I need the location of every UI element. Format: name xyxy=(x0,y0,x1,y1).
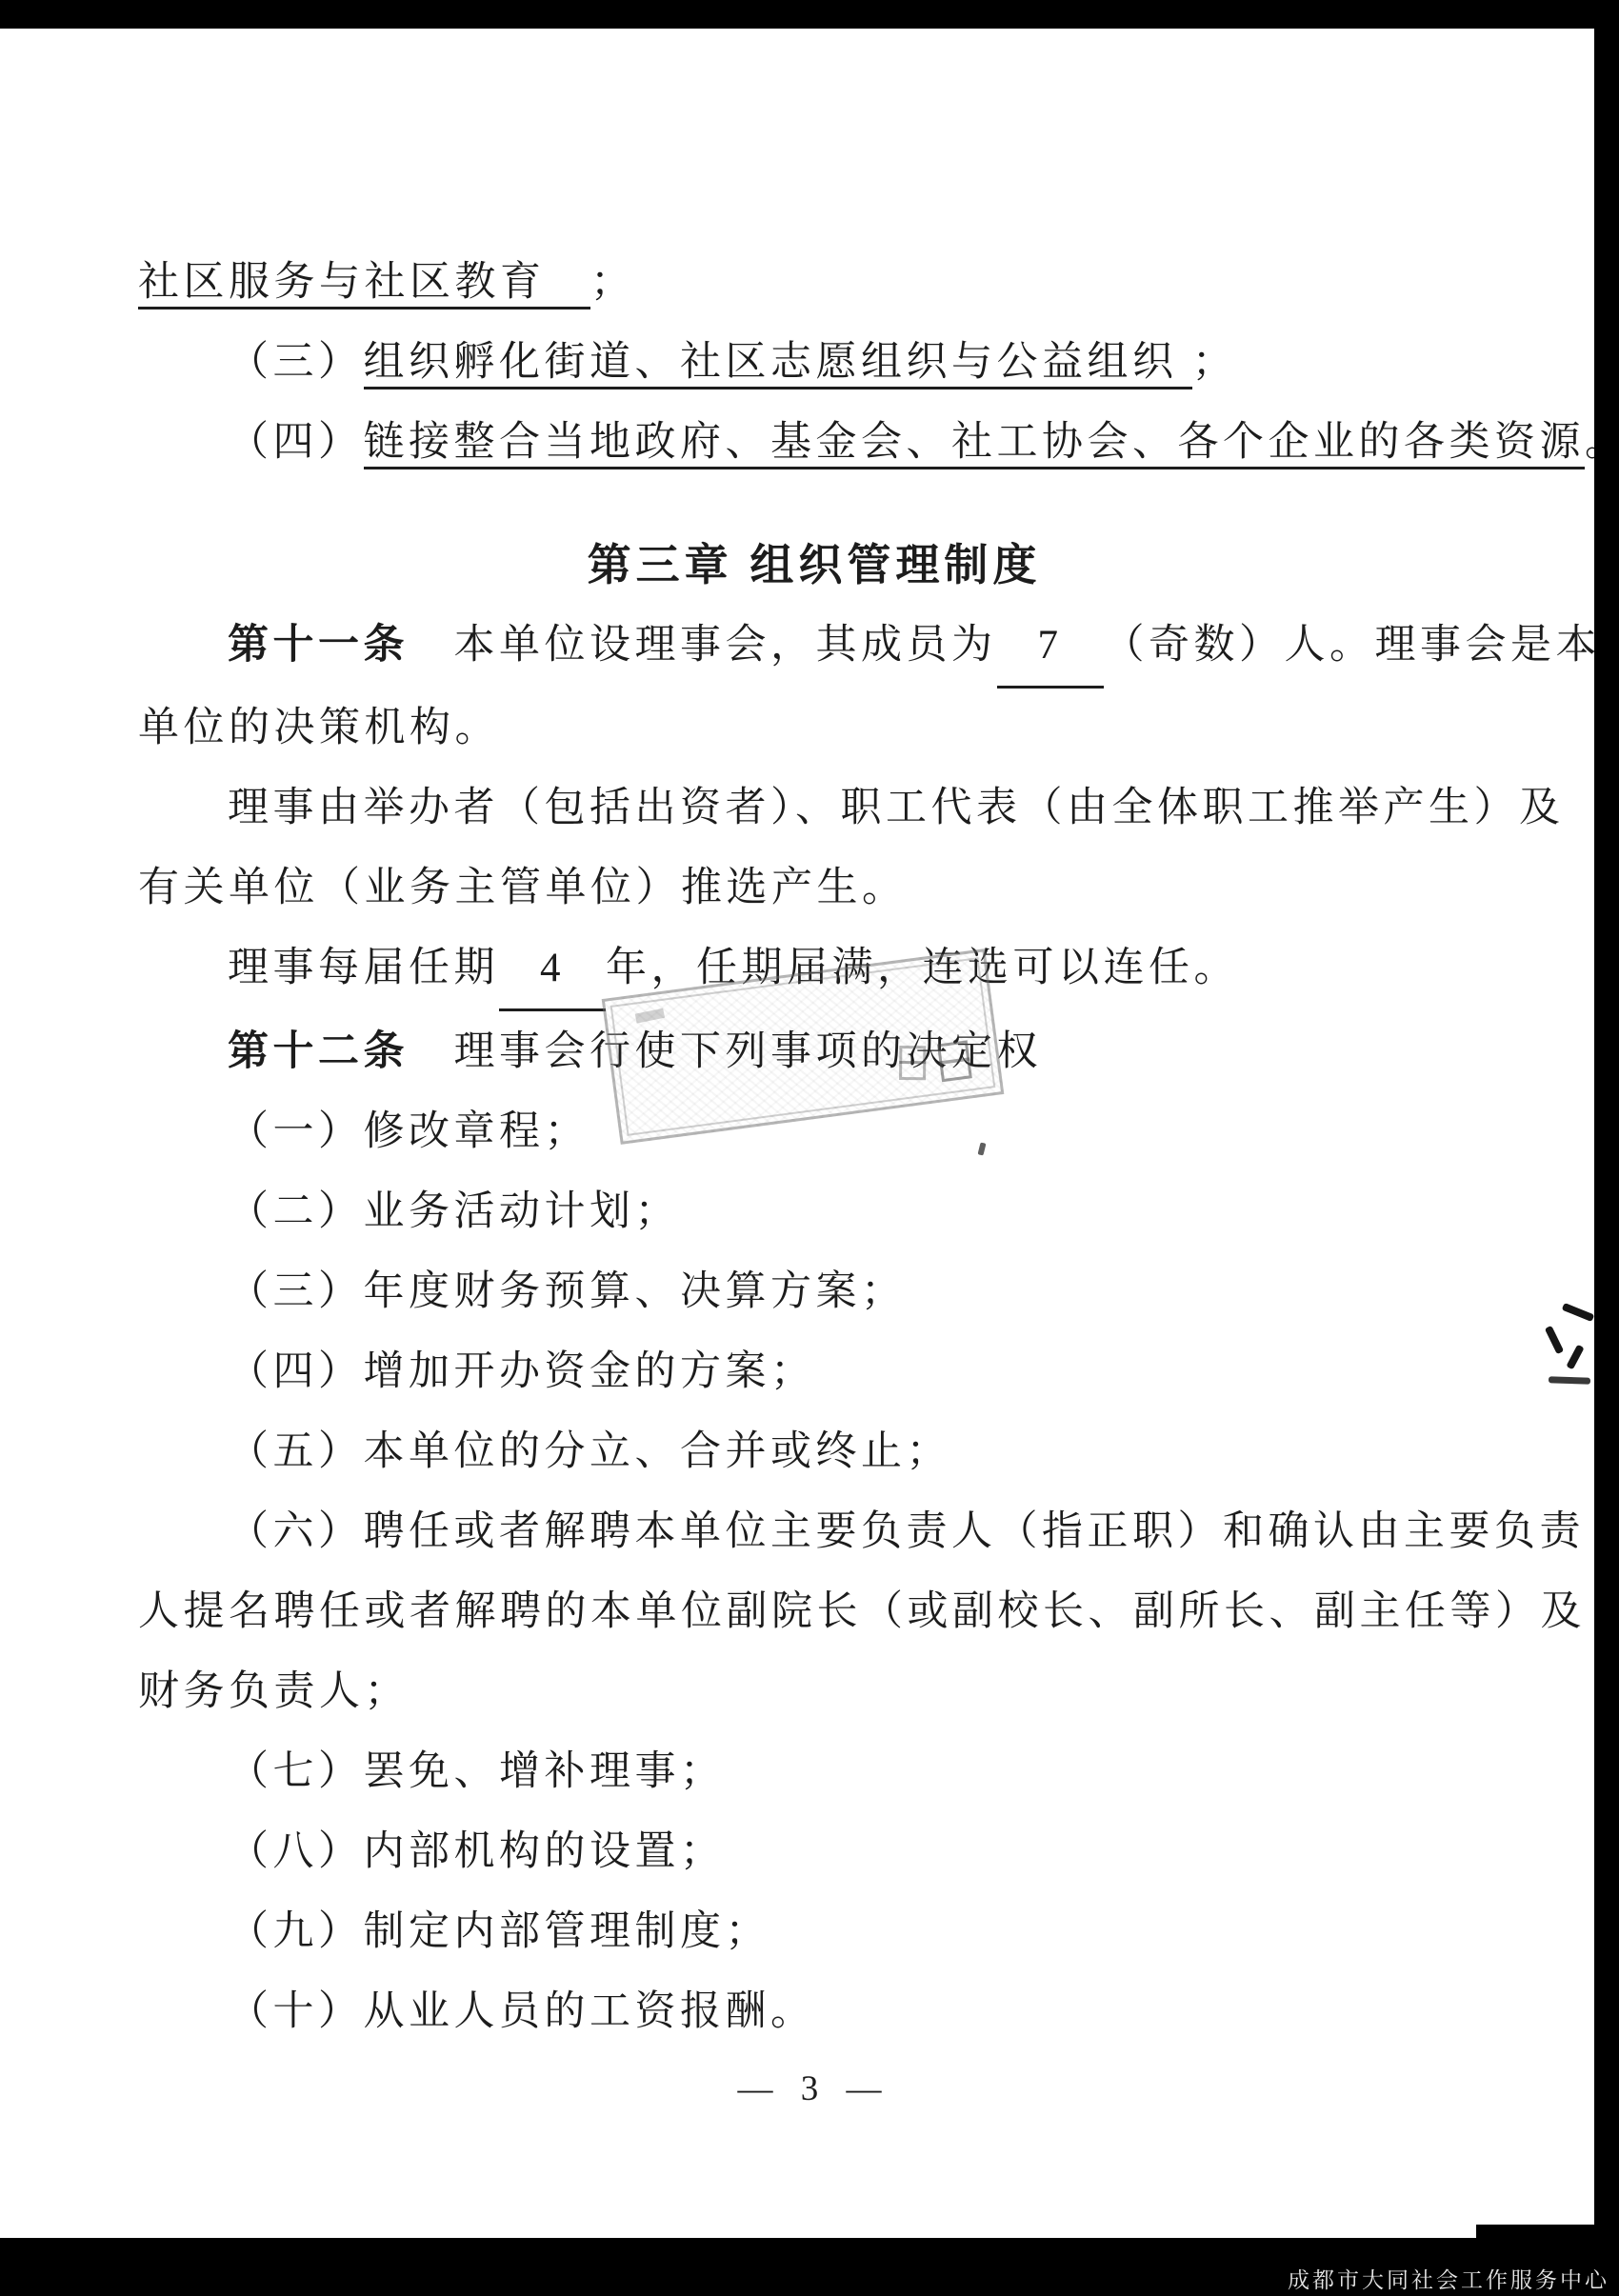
text-segment: 第三章 组织管理制度 xyxy=(588,540,1042,589)
text-segment: 人提名聘任或者解聘的本单位副院长（或副校长、副所长、副主任等）及 xyxy=(138,1589,1586,1634)
text-segment: ； xyxy=(590,260,636,305)
text-line-6: 单位的决策机构。 xyxy=(138,689,1490,769)
text-segment: （九）制定内部管理制度； xyxy=(228,1909,770,1954)
text-segment: 社区服务与社区教育 xyxy=(138,260,590,309)
text-segment: （八）内部机构的设置； xyxy=(228,1829,726,1874)
text-line-21: （九）制定内部管理制度； xyxy=(138,1892,1490,1972)
text-segment: 组织孵化街道、社区志愿组织与公益组织 xyxy=(364,340,1192,389)
text-segment: （奇数）人。理事会是本 xyxy=(1104,623,1602,668)
text-line-5: 第十一条 本单位设理事会，其成员为7（奇数）人。理事会是本 xyxy=(138,605,1490,689)
scanned-document-page: { "page": { "number_label": "— 3 —", "fo… xyxy=(0,0,1619,2296)
text-line-15: （五）本单位的分立、合并或终止； xyxy=(138,1412,1490,1492)
blank-filled-value: 7 xyxy=(997,606,1104,689)
page-number: — 3 — xyxy=(138,2068,1490,2109)
text-segment: （四）增加开办资金的方案； xyxy=(228,1349,816,1394)
edge-stamp-stroke xyxy=(1545,1326,1564,1354)
scan-border-right xyxy=(1594,0,1619,2296)
text-line-14: （四）增加开办资金的方案； xyxy=(138,1332,1490,1412)
footer-watermark: 成都市大同社会工作服务中心 xyxy=(1288,2263,1609,2294)
text-segment: （十）从业人员的工资报酬。 xyxy=(228,1989,816,2034)
stamp-glyph xyxy=(899,1046,926,1080)
text-line-19: （七）罢免、增补理事； xyxy=(138,1732,1490,1812)
text-line-1: 社区服务与社区教育 ； xyxy=(138,243,1490,323)
chapter-heading: 第三章 组织管理制度 xyxy=(138,525,1490,605)
scan-border-top xyxy=(0,0,1619,29)
page-bottom-edge xyxy=(0,2225,1476,2238)
edge-stamp-stroke xyxy=(1562,1303,1595,1322)
stamp-glyph xyxy=(937,1040,972,1082)
text-segment: 第十二条 xyxy=(228,1028,409,1074)
blank-filled-value: 4 xyxy=(499,928,606,1011)
text-segment: （七）罢免、增补理事； xyxy=(228,1749,726,1794)
text-segment: 理事由举办者（包括出资者）、职工代表（由全体职工推举产生）及 xyxy=(228,786,1565,830)
text-segment: 单位的决策机构。 xyxy=(138,706,500,750)
text-line-2: （三）组织孵化街道、社区志愿组织与公益组织 ； xyxy=(138,323,1490,403)
text-segment: （三） xyxy=(228,340,364,385)
text-line-3: （四）链接整合当地政府、基金会、社工协会、各个企业的各类资源。 xyxy=(138,403,1490,483)
text-segment: 第十一条 xyxy=(228,622,409,668)
text-segment: （四） xyxy=(228,420,364,465)
text-line-22: （十）从业人员的工资报酬。 xyxy=(138,1972,1490,2052)
text-segment: （二）业务活动计划； xyxy=(228,1189,680,1234)
text-line-18: 财务负责人； xyxy=(138,1652,1490,1732)
text-line-12: （二）业务活动计划； xyxy=(138,1172,1490,1252)
text-line-8: 有关单位（业务主管单位）推选产生。 xyxy=(138,849,1490,928)
text-line-7: 理事由举办者（包括出资者）、职工代表（由全体职工推举产生）及 xyxy=(138,769,1490,849)
text-segment: 理事每届任期 xyxy=(228,946,499,990)
text-line-13: （三）年度财务预算、决算方案； xyxy=(138,1252,1490,1332)
text-segment: 链接整合当地政府、基金会、社工协会、各个企业的各类资源 xyxy=(364,420,1586,469)
edge-stamp-stroke xyxy=(1566,1345,1584,1370)
text-segment: （一）修改章程； xyxy=(228,1109,590,1154)
text-segment: ； xyxy=(1192,340,1238,385)
text-segment: 有关单位（业务主管单位）推选产生。 xyxy=(138,866,908,910)
text-segment: （六）聘任或者解聘本单位主要负责人（指正职）和确认由主要负责 xyxy=(228,1509,1585,1554)
text-segment: 财务负责人； xyxy=(138,1669,410,1714)
text-segment: （三）年度财务预算、决算方案； xyxy=(228,1269,907,1314)
document-body: 社区服务与社区教育 ；（三）组织孵化街道、社区志愿组织与公益组织 ；（四）链接整… xyxy=(138,243,1490,2052)
text-line-16: （六）聘任或者解聘本单位主要负责人（指正职）和确认由主要负责 xyxy=(138,1492,1490,1572)
text-segment: 本单位设理事会，其成员为 xyxy=(409,623,997,668)
text-line-17: 人提名聘任或者解聘的本单位副院长（或副校长、副所长、副主任等）及 xyxy=(138,1572,1490,1652)
text-line-20: （八）内部机构的设置； xyxy=(138,1812,1490,1892)
stamp-glyph xyxy=(635,1008,665,1024)
edge-stamp-stroke xyxy=(1549,1376,1590,1385)
text-segment: （五）本单位的分立、合并或终止； xyxy=(228,1429,951,1474)
